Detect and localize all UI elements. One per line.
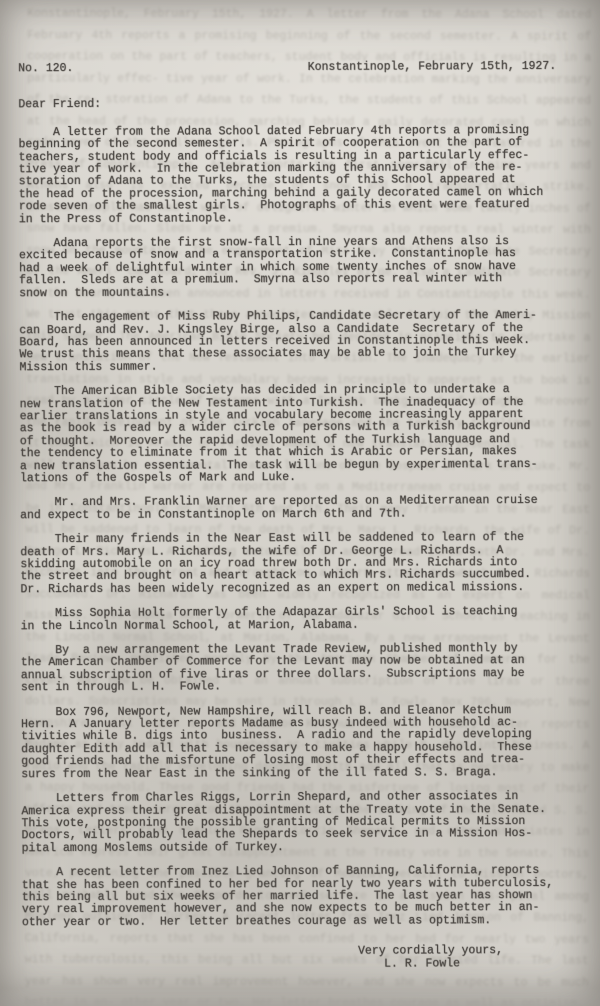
paragraph: The American Bible Society has decided i… [20, 384, 584, 486]
paragraphs-container: A letter from the Adana School dated Feb… [18, 125, 585, 930]
paragraph-line: sures from the Near East in the sinking … [21, 766, 585, 781]
paragraph: Their many friends in the Near East will… [20, 532, 584, 596]
paragraph-line: Mission this summer. [19, 359, 583, 374]
paragraph-line: in the Press of Constantinople. [19, 211, 583, 226]
paragraph-line: fallen. Sleds are at a premium. Smyrna a… [19, 273, 583, 288]
paragraph-line: sent in through L. H. Fowle. [21, 680, 585, 695]
paragraph: By a new arrangement the Levant Trade Re… [21, 643, 585, 695]
paragraph-line: Doctors, will probably lead the Shepards… [22, 828, 586, 843]
salutation: Dear Friend: [18, 97, 582, 112]
signature-name: L. R. Fowle [384, 957, 586, 970]
paragraph-line: We trust this means that these associate… [19, 347, 583, 362]
dateline: Konstantinople, February 15th, 1927. [308, 61, 557, 74]
paragraph: Adana reports the first snow-fall in nin… [19, 236, 583, 300]
paragraph: A letter from the Adana School dated Feb… [18, 125, 582, 227]
letter-number: No. 120. [18, 63, 73, 76]
paragraph-line: pital among Moslems outside of Turkey. [22, 840, 586, 855]
closing-phrase: Very cordially yours, [358, 945, 586, 958]
paragraph: Miss Sophia Holt formerly of the Adapaza… [21, 606, 585, 633]
paragraph-line: snow on the mountains. [19, 285, 583, 300]
paragraph-line: lations of the Gospels of Mark and Luke. [20, 471, 584, 486]
paragraph-line: rode seven of the smallest girls. Photog… [19, 199, 583, 214]
letter-body: No. 120. Konstantinople, February 15th, … [0, 0, 600, 972]
scan-bottom-light-band [0, 988, 600, 1006]
paragraph: Letters from Charles Riggs, Lorrin Shepa… [21, 791, 585, 855]
paragraph: A recent letter from Inez Lied Johnson o… [22, 865, 586, 929]
paragraph: The engagement of Miss Ruby Philips, Can… [19, 310, 583, 374]
paragraph-line: in the Lincoln Normal School, at Marion,… [21, 618, 585, 633]
letter-header: No. 120. Konstantinople, February 15th, … [18, 61, 582, 76]
paragraph-line: other year or two. Her letter breathes c… [22, 915, 586, 930]
closing-block: Very cordially yours, L. R. Fowle [22, 945, 586, 972]
paragraph: Box 796, Newport, New Hampshire, will re… [21, 704, 585, 781]
paragraph-line: and expect to be in Constantinople on Ma… [20, 508, 584, 523]
scanned-letter-page: Konstantinople, February 15th, 1927. A l… [0, 0, 600, 1006]
paragraph: Mr. and Mrs. Franklin Warner are reporte… [20, 495, 584, 522]
paragraph-line: Dr. Richards has been widely recognized … [20, 582, 584, 597]
